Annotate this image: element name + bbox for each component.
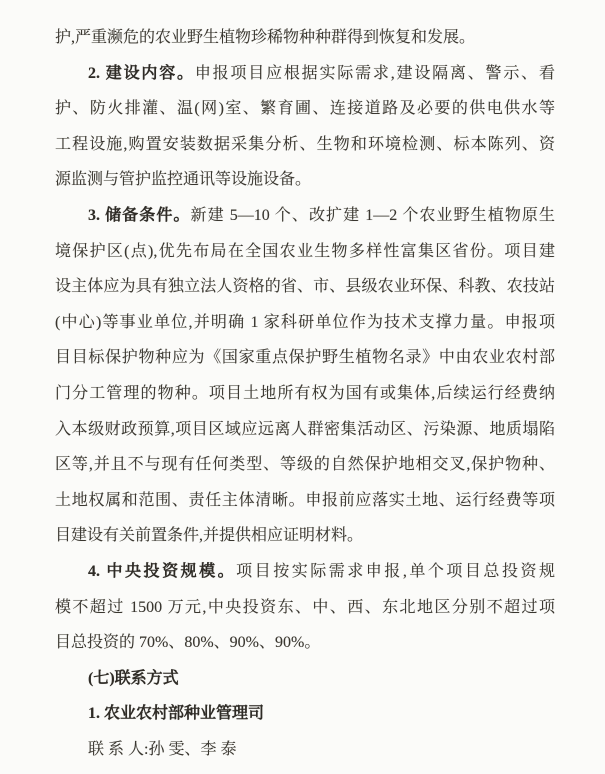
text-line: 境保护区(点),优先布局在全国农业生物多样性富集区省份。项目建 <box>55 234 555 270</box>
body-text: 项目按实际需求申报,单个项目总投资规 <box>236 563 555 580</box>
body-text: 区等,并且不与现有任何类型、等级的自然保护地相交叉,保护物种、 <box>55 456 555 473</box>
heading-text: 4. 中央投资规模。 <box>88 563 236 580</box>
paragraph-heading-line: 3. 储备条件。新建 5—10 个、改扩建 1—2 个农业野生植物原生 <box>55 198 555 234</box>
text-line: 模不超过 1500 万元,中央投资东、中、西、东北地区分别不超过项 <box>55 590 555 626</box>
heading-text: 1. 农业农村部种业管理司 <box>88 705 264 722</box>
paragraph-heading-line: 2. 建设内容。申报项目应根据实际需求,建设隔离、警示、看 <box>55 56 555 92</box>
body-text: 护,严重濒危的农业野生植物珍稀物种种群得到恢复和发展。 <box>55 29 475 46</box>
body-text: 设主体应为具有独立法人资格的省、市、县级农业环保、科教、农技站 <box>55 278 555 295</box>
text-line: 工程设施,购置安装数据采集分析、生物和环境检测、标本陈列、资 <box>55 127 555 163</box>
paragraph-heading-line: 4. 中央投资规模。项目按实际需求申报,单个项目总投资规 <box>55 554 555 590</box>
body-text: 模不超过 1500 万元,中央投资东、中、西、东北地区分别不超过项 <box>55 599 555 616</box>
text-line: 区等,并且不与现有任何类型、等级的自然保护地相交叉,保护物种、 <box>55 447 555 483</box>
body-text: 境保护区(点),优先布局在全国农业生物多样性富集区省份。项目建 <box>55 243 555 260</box>
body-text: 土地权属和范围、责任主体清晰。申报前应落实土地、运行经费等项 <box>55 492 555 509</box>
document-body: 护,严重濒危的农业野生植物珍稀物种种群得到恢复和发展。2. 建设内容。申报项目应… <box>55 20 555 767</box>
text-line: 门分工管理的物种。项目土地所有权为国有或集体,后续运行经费纳 <box>55 376 555 412</box>
body-text: 申报项目应根据实际需求,建设隔离、警示、看 <box>195 65 555 82</box>
paragraph-heading-line: 1. 农业农村部种业管理司 <box>55 696 555 732</box>
text-line: 入本级财政预算,项目区域应远离人群密集活动区、污染源、地质塌陷 <box>55 412 555 448</box>
body-text: 目总投资的 70%、80%、90%、90%。 <box>55 634 320 651</box>
body-text: 目建设有关前置条件,并提供相应证明材料。 <box>55 527 363 544</box>
text-line: 护、防火排灌、温(网)室、繁育圃、连接道路及必要的供电供水等 <box>55 91 555 127</box>
body-text: (中心)等事业单位,并明确 1 家科研单位作为技术支撑力量。申报项 <box>55 314 555 331</box>
body-text: 工程设施,购置安装数据采集分析、生物和环境检测、标本陈列、资 <box>55 136 555 153</box>
text-line: 护,严重濒危的农业野生植物珍稀物种种群得到恢复和发展。 <box>55 20 555 56</box>
text-line: 目目标保护物种应为《国家重点保护野生植物名录》中由农业农村部 <box>55 340 555 376</box>
text-line: 目建设有关前置条件,并提供相应证明材料。 <box>55 518 555 554</box>
text-line: (中心)等事业单位,并明确 1 家科研单位作为技术支撑力量。申报项 <box>55 305 555 341</box>
text-line: 源监测与管护监控通讯等设施设备。 <box>55 162 555 198</box>
body-text: 护、防火排灌、温(网)室、繁育圃、连接道路及必要的供电供水等 <box>55 100 555 117</box>
body-text: 新建 5—10 个、改扩建 1—2 个农业野生植物原生 <box>190 207 555 224</box>
text-line: 土地权属和范围、责任主体清晰。申报前应落实土地、运行经费等项 <box>55 483 555 519</box>
body-text: 门分工管理的物种。项目土地所有权为国有或集体,后续运行经费纳 <box>55 385 555 402</box>
body-text: 源监测与管护监控通讯等设施设备。 <box>55 171 311 188</box>
text-line: 目总投资的 70%、80%、90%、90%。 <box>55 625 555 661</box>
text-line: 联 系 人:孙 雯、李 泰 <box>55 732 555 768</box>
text-line: 设主体应为具有独立法人资格的省、市、县级农业环保、科教、农技站 <box>55 269 555 305</box>
body-text: 目目标保护物种应为《国家重点保护野生植物名录》中由农业农村部 <box>55 349 555 366</box>
body-text: 联 系 人:孙 雯、李 泰 <box>88 741 236 758</box>
heading-text: 2. 建设内容。 <box>88 65 195 82</box>
heading-text: 3. 储备条件。 <box>88 207 190 224</box>
body-text: 入本级财政预算,项目区域应远离人群密集活动区、污染源、地质塌陷 <box>55 421 555 438</box>
heading-text: (七)联系方式 <box>88 670 179 687</box>
document-page: 护,严重濒危的农业野生植物珍稀物种种群得到恢复和发展。2. 建设内容。申报项目应… <box>0 0 605 774</box>
paragraph-heading-line: (七)联系方式 <box>55 661 555 697</box>
